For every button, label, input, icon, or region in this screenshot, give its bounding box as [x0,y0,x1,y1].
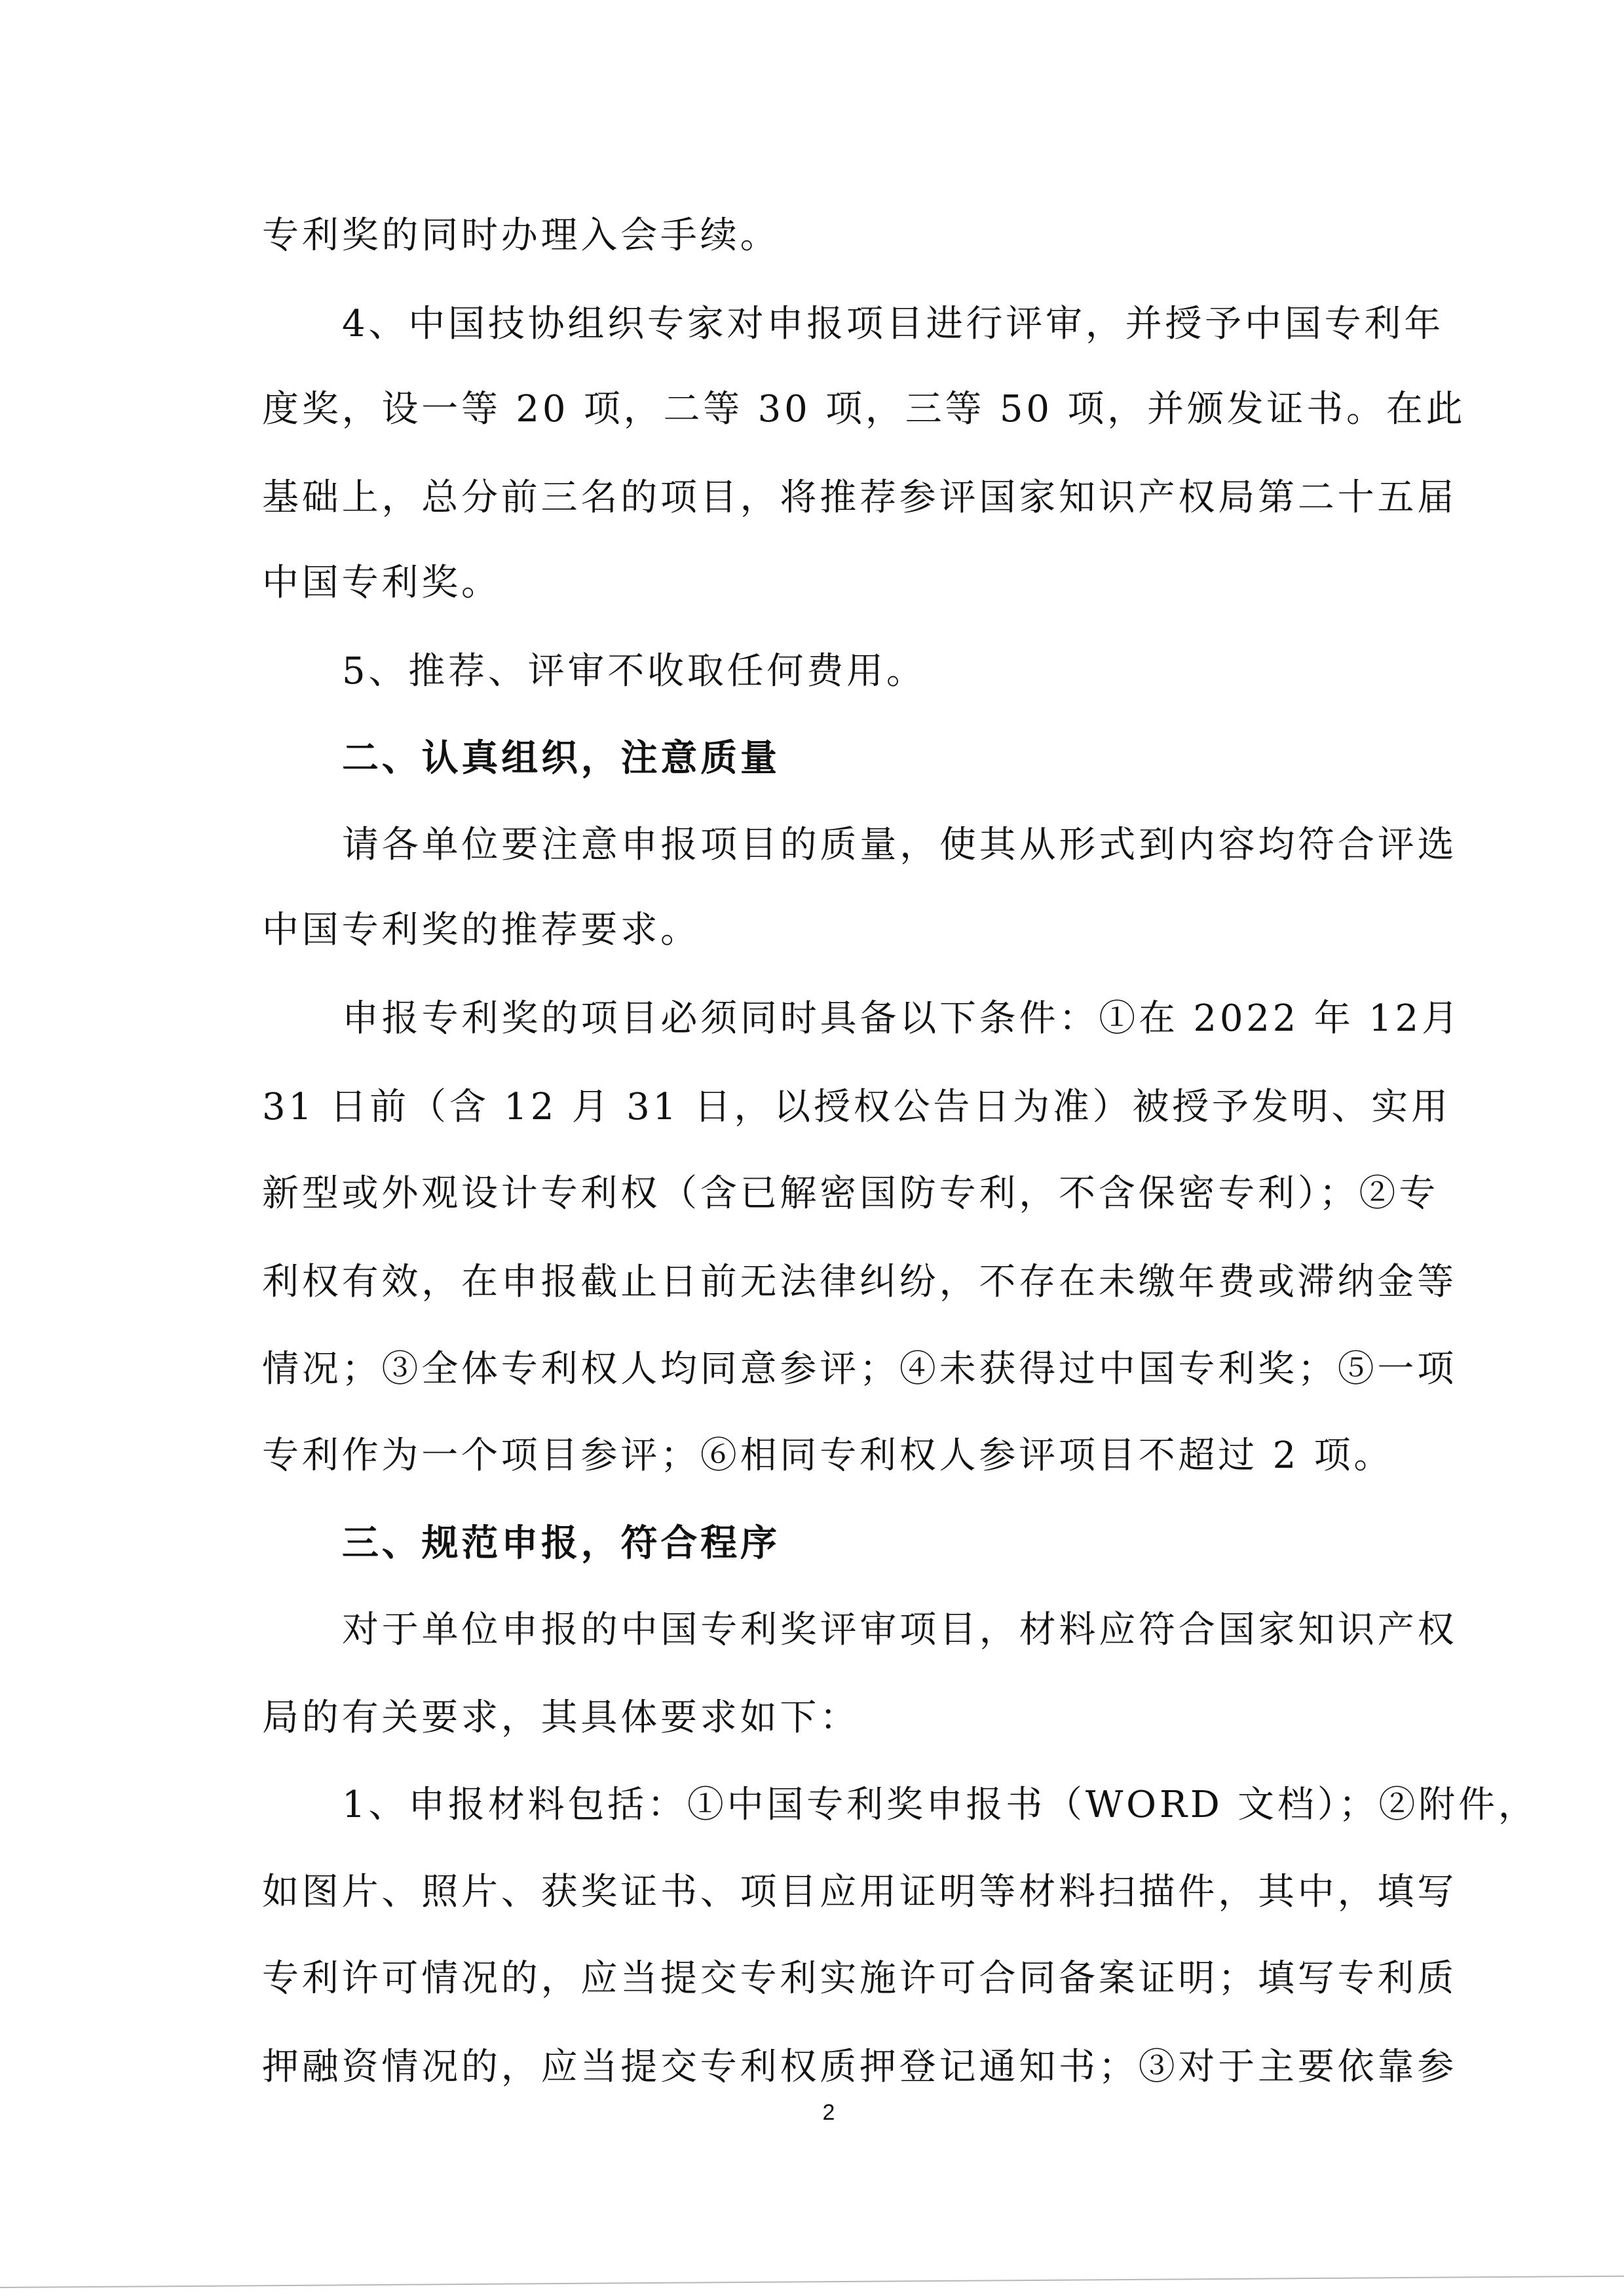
page-number: 2 [812,2100,845,2126]
paragraph-line: 专利作为一个项目参评；⑥相同专利权人参评项目不超过 2 项。 [262,1433,1384,1479]
paragraph-line: 专利许可情况的，应当提交专利实施许可合同备案证明；填写专利质 [262,1956,1384,2002]
paragraph-line: 专利奖的同时办理入会手续。 [262,213,1384,259]
paragraph-line: 押融资情况的，应当提交专利权质押登记通知书；③对于主要依靠参 [262,2044,1384,2090]
paragraph-line: 1、申报材料包括：①中国专利奖申报书（WORD 文档）；②附件， [342,1782,1384,1828]
paragraph-line: 如图片、照片、获奖证书、项目应用证明等材料扫描件，其中，填写 [262,1869,1384,1915]
paragraph-line: 对于单位申报的中国专利奖评审项目，材料应符合国家知识产权 [342,1607,1384,1653]
paragraph-line: 31 日前（含 12 月 31 日，以授权公告日为准）被授予发明、实用 [262,1084,1384,1130]
scan-edge-line [0,2276,1624,2288]
paragraph-line: 情况；③全体专利权人均同意参评；④未获得过中国专利奖；⑤一项 [262,1347,1384,1392]
paragraph-line: 基础上，总分前三名的项目，将推荐参评国家知识产权局第二十五届 [262,475,1384,521]
section-heading: 三、规范申报，符合程序 [342,1520,1384,1566]
paragraph-line: 新型或外观设计专利权（含已解密国防专利，不含保密专利）；②专 [262,1171,1384,1217]
paragraph-line: 4、中国技协组织专家对申报项目进行评审，并授予中国专利年 [342,301,1384,347]
paragraph-line: 请各单位要注意申报项目的质量，使其从形式到内容均符合评选 [342,822,1384,868]
paragraph-line: 申报专利奖的项目必须同时具备以下条件：①在 2022 年 12月 [342,996,1384,1042]
section-heading: 二、认真组织，注意质量 [342,735,1384,781]
paragraph-line: 5、推荐、评审不收取任何费用。 [342,649,1384,695]
paragraph-line: 中国专利奖。 [262,560,1384,606]
paragraph-line: 局的有关要求，其具体要求如下： [262,1695,1384,1741]
document-page: 专利奖的同时办理入会手续。4、中国技协组织专家对申报项目进行评审，并授予中国专利… [0,0,1624,2296]
paragraph-line: 度奖，设一等 20 项，二等 30 项，三等 50 项，并颁发证书。在此 [262,387,1384,432]
paragraph-line: 中国专利奖的推荐要求。 [262,908,1384,953]
paragraph-line: 利权有效，在申报截止日前无法律纠纷，不存在未缴年费或滞纳金等 [262,1259,1384,1305]
